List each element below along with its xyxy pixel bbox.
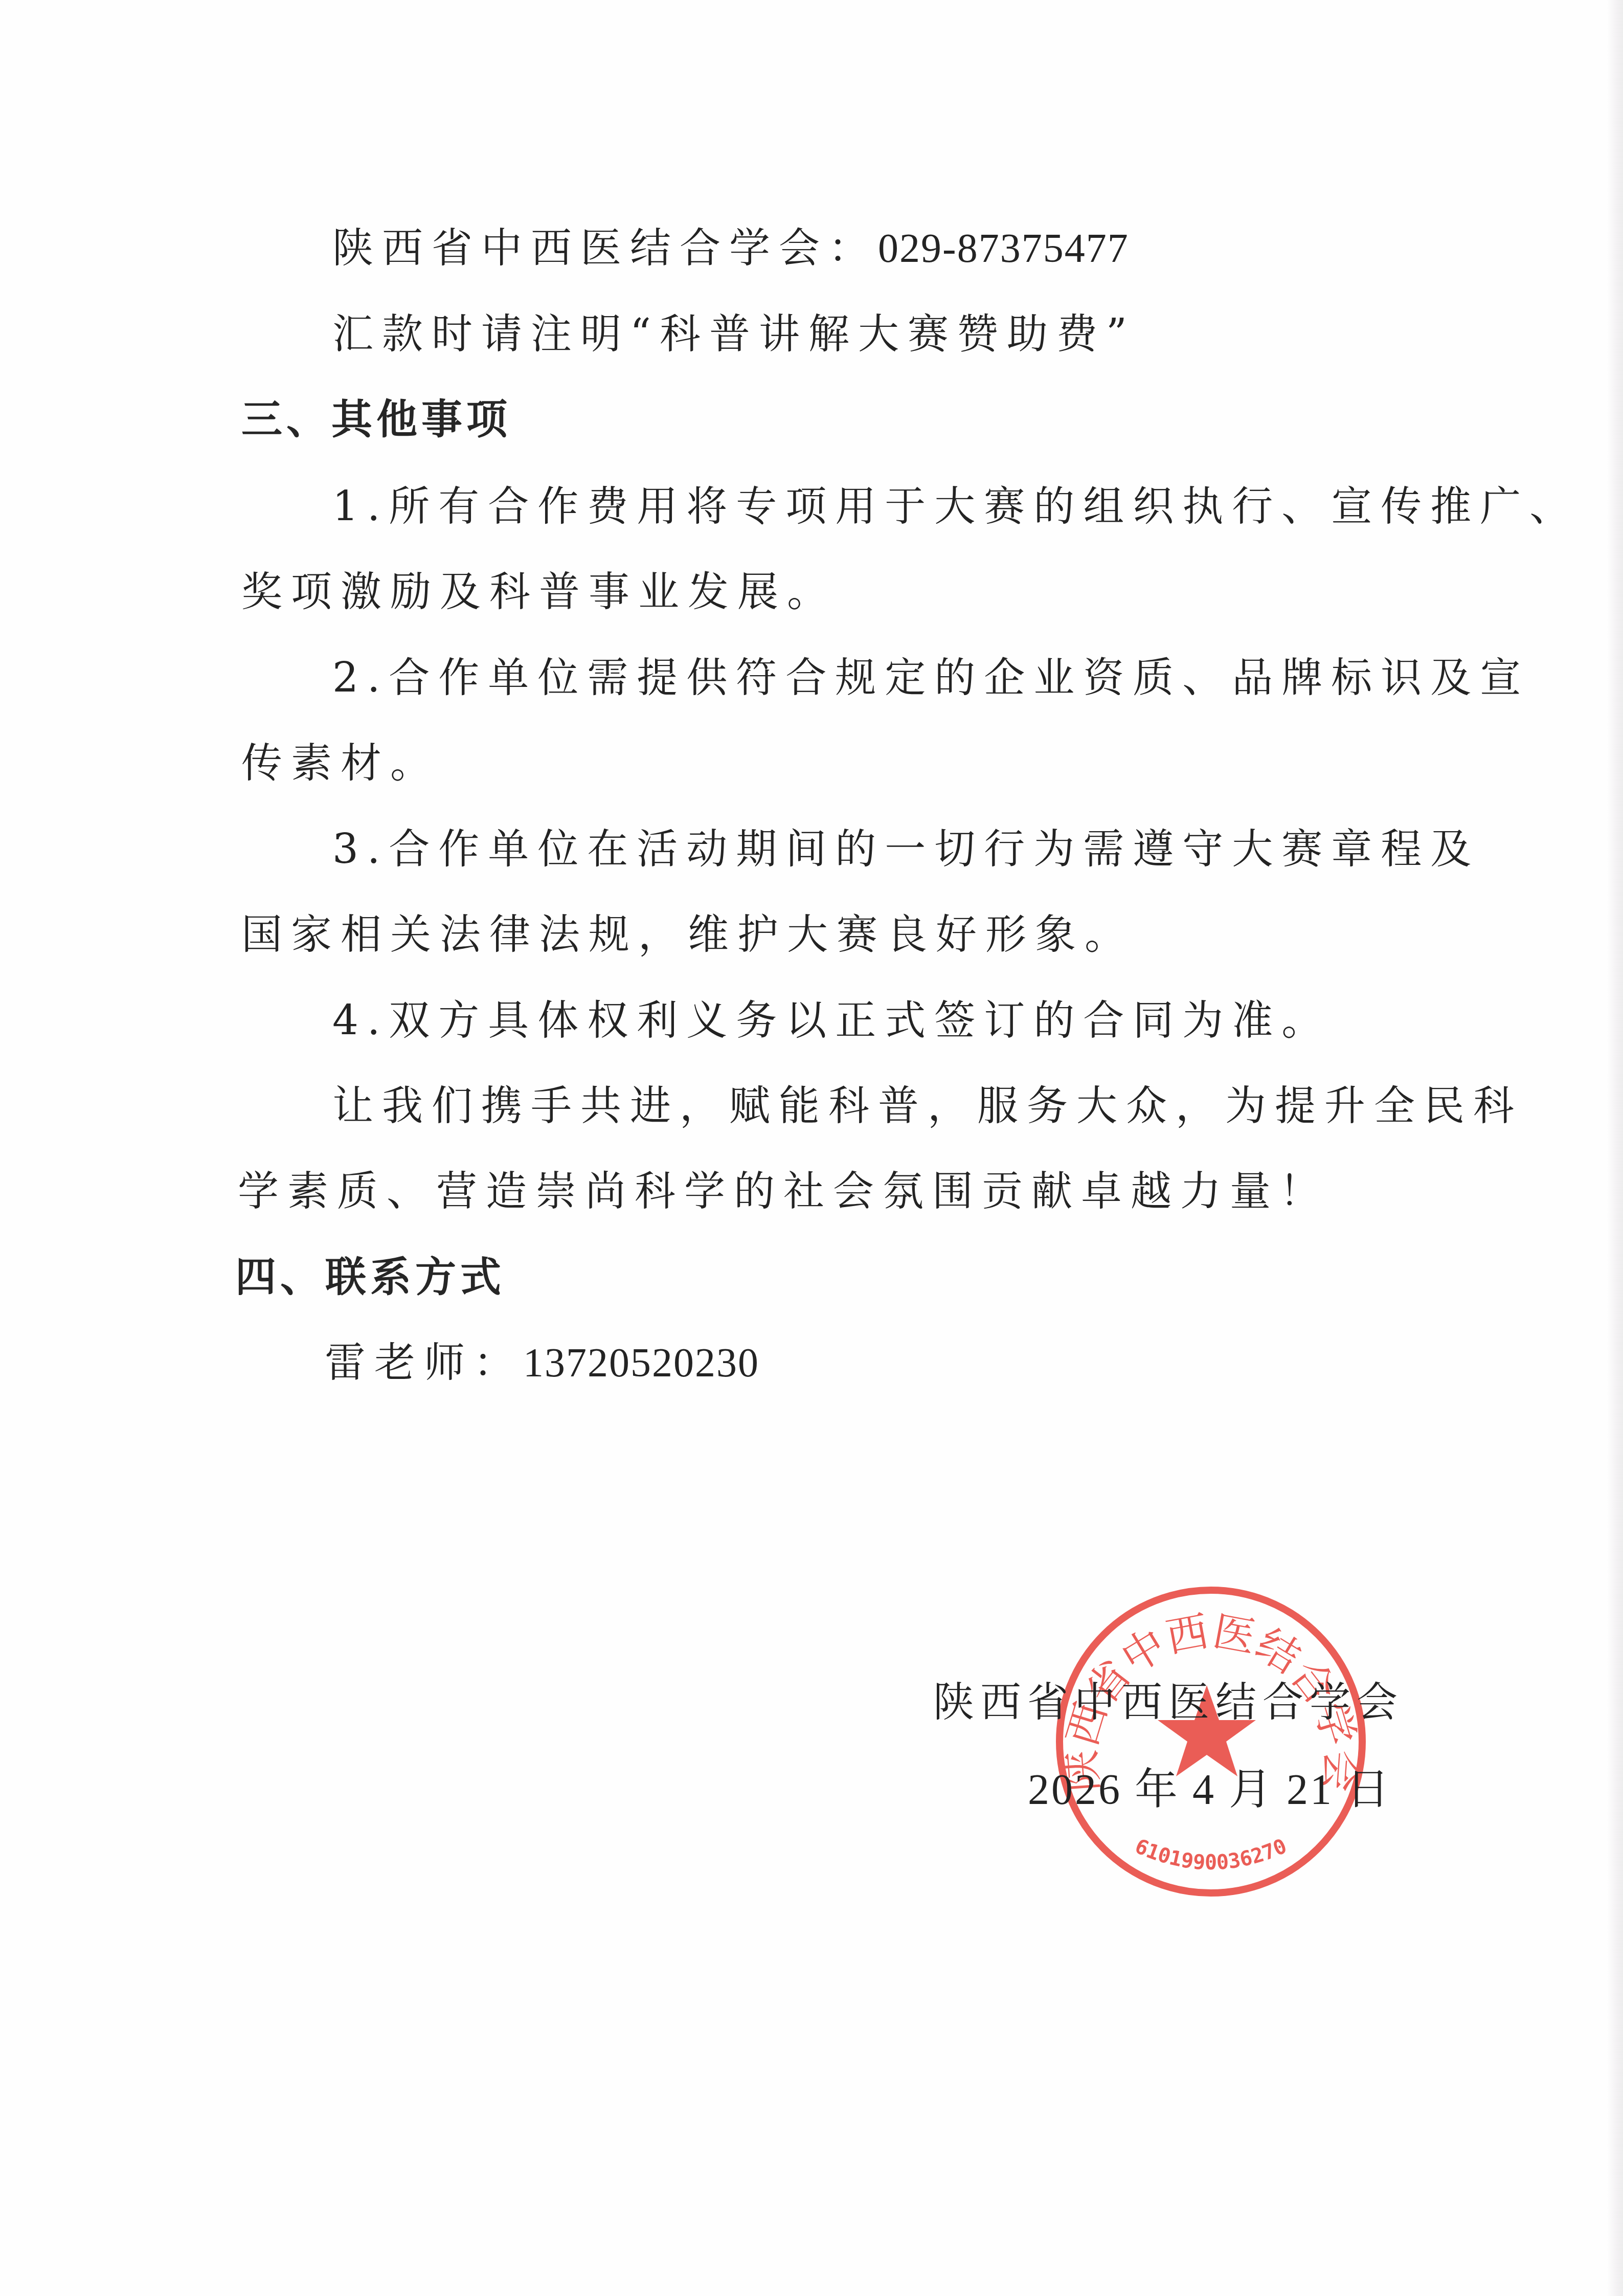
item-1-line-2: 奖项激励及科普事业发展。: [241, 566, 837, 617]
closing-line-1: 让我们携手共进，赋能科普，服务大众，为提升全民科: [332, 1080, 1523, 1131]
section-4-heading: 四、联系方式: [235, 1252, 505, 1303]
signature-organization: 陕西省中西医结合学会: [933, 1677, 1404, 1728]
official-seal-stamp: 陕西省中西医结合学会 6101990036270: [1052, 1583, 1369, 1900]
section-3-heading: 三、其他事项: [241, 394, 511, 445]
closing-line-2: 学素质、营造崇尚科学的社会氛围贡献卓越力量！: [238, 1166, 1329, 1217]
fee-contact-phone: 029-87375477: [878, 226, 1129, 271]
scan-edge-shadow: [1608, 0, 1623, 2296]
remittance-note: 汇款时请注明“科普讲解大赛赞助费”: [332, 308, 1136, 360]
document-page: 陕西省中西医结合学会：029-87375477 汇款时请注明“科普讲解大赛赞助费…: [0, 0, 1623, 2296]
seal-code: 6101990036270: [1132, 1834, 1291, 1875]
item-2-line-2: 传素材。: [241, 738, 440, 789]
contact-label: 雷老师：: [325, 1339, 523, 1386]
item-4-line-1: 4.双方具体权利义务以正式签订的合同为准。: [332, 995, 1331, 1046]
signature-date: 2026 年 4 月 21 日: [1028, 1765, 1391, 1816]
contact-line: 雷老师：13720520230: [325, 1337, 759, 1389]
item-3-line-2: 国家相关法律法规，维护大赛良好形象。: [241, 909, 1134, 960]
fee-contact-label: 陕西省中西医结合学会：: [332, 224, 878, 272]
item-2-line-1: 2.合作单位需提供符合规定的企业资质、品牌标识及宣: [332, 652, 1529, 703]
fee-contact-line: 陕西省中西医结合学会：029-87375477: [332, 222, 1129, 274]
contact-phone: 13720520230: [523, 1341, 759, 1386]
item-1-line-1: 1.所有合作费用将专项用于大赛的组织执行、宣传推广、: [332, 481, 1579, 532]
item-3-line-1: 3.合作单位在活动期间的一切行为需遵守大赛章程及: [332, 823, 1480, 875]
